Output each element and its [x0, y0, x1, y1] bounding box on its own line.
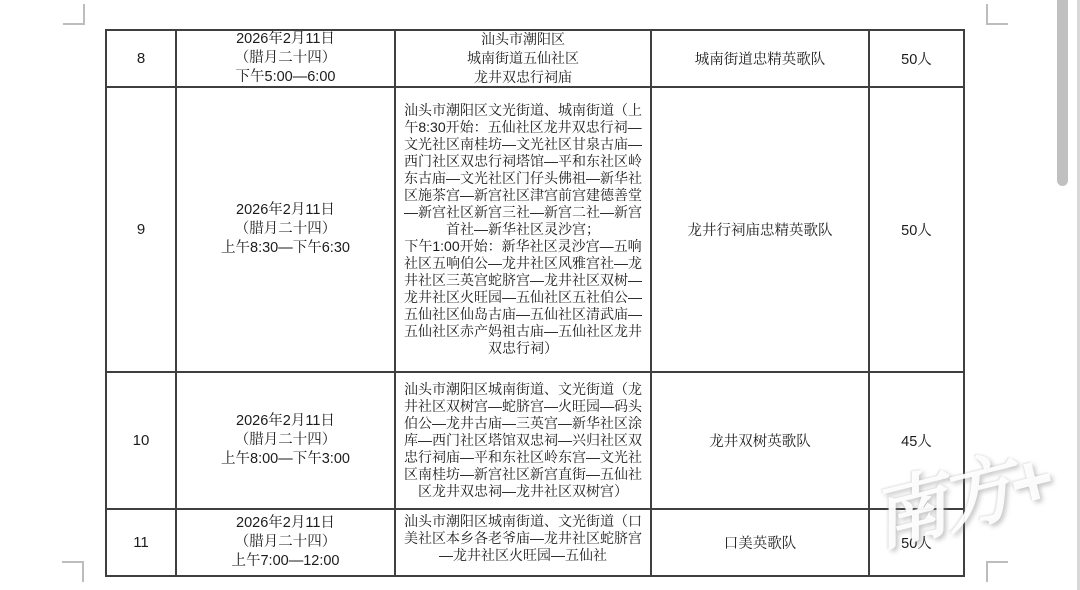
headcount-cell: 45人	[870, 373, 963, 510]
row-number-cell: 8	[107, 31, 177, 88]
route-cell: 汕头市潮阳区 城南街道五仙社区 龙井双忠行祠庙	[396, 31, 652, 88]
page-margin-mark-top-right	[986, 4, 1008, 25]
date-time-cell: 2026年2月11日 （腊月二十四） 上午8:30—下午6:30	[177, 88, 396, 373]
team-name-cell: 龙井行祠庙忠精英歌队	[652, 88, 870, 373]
scrollbar-thumb[interactable]	[1057, 0, 1068, 186]
row-number-cell: 9	[107, 88, 177, 373]
headcount-cell: 50人	[870, 88, 963, 373]
page-margin-mark-bottom-left	[62, 561, 84, 582]
date-time-cell: 2026年2月11日 （腊月二十四） 上午8:00—下午3:00	[177, 373, 396, 510]
headcount-cell: 50人	[870, 510, 963, 575]
headcount-cell: 50人	[870, 31, 963, 88]
route-cell: 汕头市潮阳区城南街道、文光街道（口美社区本乡各老爷庙—龙井社区蛇脐宫—龙井社区火…	[396, 510, 652, 575]
schedule-table: 8 2026年2月11日 （腊月二十四） 下午5:00—6:00 汕头市潮阳区 …	[105, 29, 965, 577]
row-number-cell: 10	[107, 373, 177, 510]
route-cell: 汕头市潮阳区文光街道、城南街道（上午8:30开始：五仙社区龙井双忠行祠—文光社区…	[396, 88, 652, 373]
date-time-cell: 2026年2月11日 （腊月二十四） 下午5:00—6:00	[177, 31, 396, 88]
route-cell: 汕头市潮阳区城南街道、文光街道（龙井社区双树宫—蛇脐宫—火旺园—码头伯公—龙井古…	[396, 373, 652, 510]
document-page: 8 2026年2月11日 （腊月二十四） 下午5:00—6:00 汕头市潮阳区 …	[0, 0, 1080, 590]
date-time-cell: 2026年2月11日 （腊月二十四） 上午7:00—12:00	[177, 510, 396, 575]
team-name-cell: 城南街道忠精英歌队	[652, 31, 870, 88]
page-margin-mark-top-left	[63, 4, 85, 25]
row-number-cell: 11	[107, 510, 177, 575]
team-name-cell: 口美英歌队	[652, 510, 870, 575]
page-margin-mark-bottom-right	[986, 561, 1008, 582]
team-name-cell: 龙井双树英歌队	[652, 373, 870, 510]
